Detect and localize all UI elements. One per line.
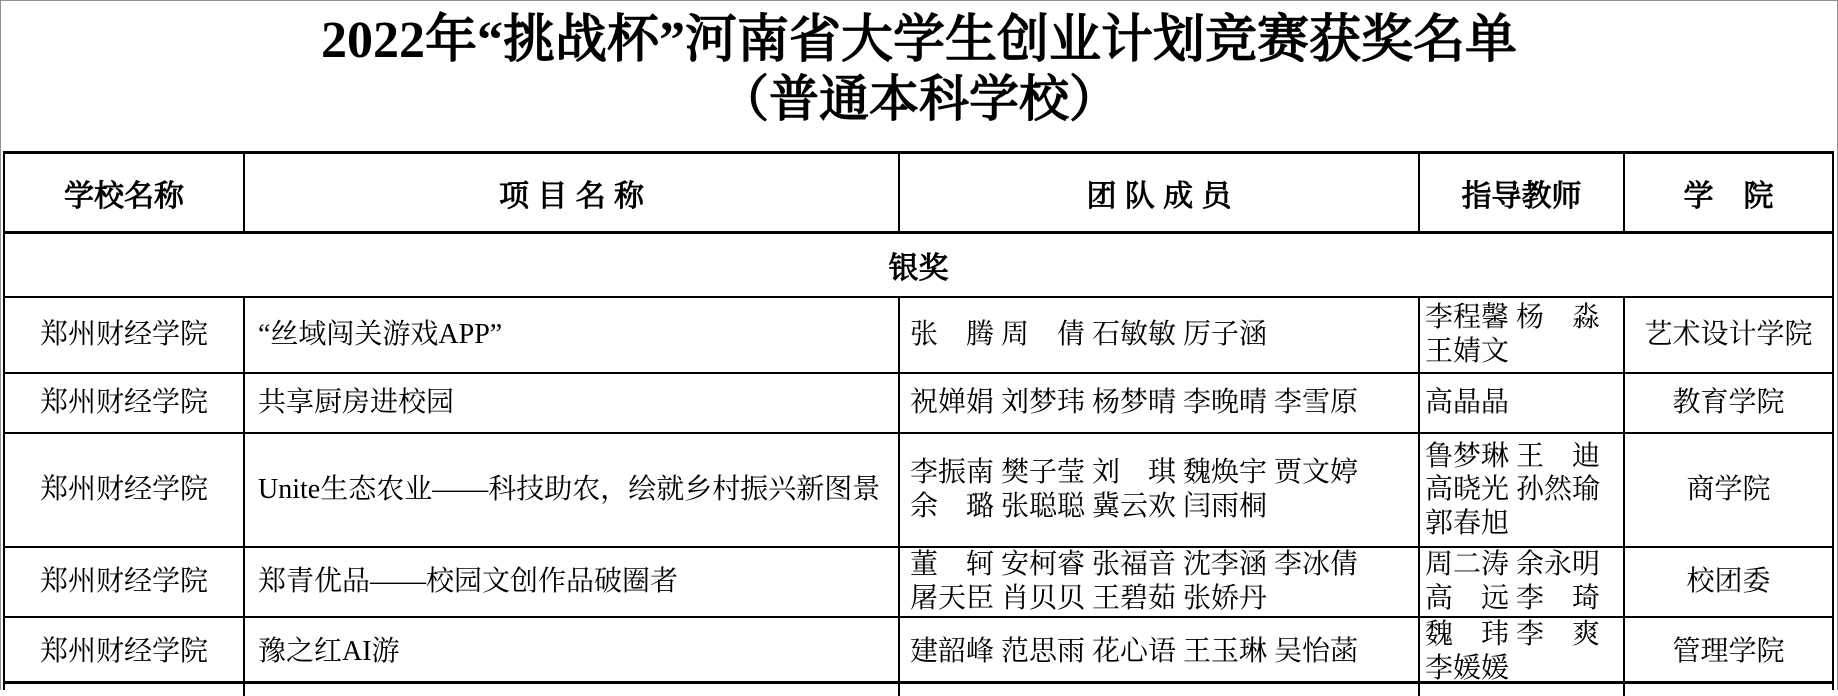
cell-project: 郑青优品——校园文创作品破圈者 bbox=[245, 548, 900, 616]
partial-cell bbox=[1625, 684, 1832, 690]
partial-cell bbox=[245, 684, 900, 690]
table-row: 郑州财经学院 豫之红AI游 建韶峰 范思雨 花心语 王玉琳 吴怡菡 魏 玮 李 … bbox=[5, 618, 1832, 684]
cell-school: 郑州财经学院 bbox=[5, 548, 245, 616]
cell-college: 管理学院 bbox=[1625, 618, 1832, 685]
page-title-line1: 2022年“挑战杯”河南省大学生创业计划竞赛获奖名单 bbox=[1, 9, 1837, 72]
cell-project: 豫之红AI游 bbox=[245, 618, 900, 685]
document-sheet: 2022年“挑战杯”河南省大学生创业计划竞赛获奖名单 （普通本科学校） 学校名称… bbox=[0, 0, 1838, 690]
cell-advisors: 周二涛 余永明 高 远 李 琦 bbox=[1420, 548, 1625, 616]
cell-members: 祝婵娟 刘梦玮 杨梦晴 李晚晴 李雪原 bbox=[900, 374, 1420, 432]
cell-members: 建韶峰 范思雨 花心语 王玉琳 吴怡菡 bbox=[900, 618, 1420, 685]
table-row: 郑州财经学院 郑青优品——校园文创作品破圈者 董 轲 安柯睿 张福音 沈李涵 李… bbox=[5, 548, 1832, 618]
section-label: 银奖 bbox=[889, 243, 949, 287]
cell-school: 郑州财经学院 bbox=[5, 298, 245, 372]
cell-advisors: 李程馨 杨 淼 王婧文 bbox=[1420, 298, 1625, 372]
cell-college: 艺术设计学院 bbox=[1625, 298, 1832, 372]
cell-members: 董 轲 安柯睿 张福音 沈李涵 李冰倩 屠天臣 肖贝贝 王碧茹 张娇丹 bbox=[900, 548, 1420, 616]
cell-project: “丝域闯关游戏APP” bbox=[245, 298, 900, 372]
table-body: 郑州财经学院 “丝域闯关游戏APP” 张 腾 周 倩 石敏敏 厉子涵 李程馨 杨… bbox=[5, 298, 1832, 684]
cell-members: 李振南 樊子莹 刘 琪 魏焕宇 贾文婷 余 璐 张聪聪 冀云欢 闫雨桐 bbox=[900, 434, 1420, 546]
column-header-project: 项 目 名 称 bbox=[245, 154, 900, 231]
cell-college: 商学院 bbox=[1625, 434, 1832, 546]
column-header-members: 团 队 成 员 bbox=[900, 154, 1420, 231]
table-row: 郑州财经学院 共享厨房进校园 祝婵娟 刘梦玮 杨梦晴 李晚晴 李雪原 高晶晶 教… bbox=[5, 374, 1832, 434]
cell-school: 郑州财经学院 bbox=[5, 374, 245, 432]
cell-members: 张 腾 周 倩 石敏敏 厉子涵 bbox=[900, 298, 1420, 372]
column-header-school: 学校名称 bbox=[5, 154, 245, 231]
table-header-row: 学校名称 项 目 名 称 团 队 成 员 指导教师 学 院 bbox=[5, 154, 1832, 234]
award-table: 学校名称 项 目 名 称 团 队 成 员 指导教师 学 院 银奖 郑州财经学院 … bbox=[3, 151, 1834, 690]
cell-project: 共享厨房进校园 bbox=[245, 374, 900, 432]
table-row: 郑州财经学院 Unite生态农业——科技助农，绘就乡村振兴新图景 李振南 樊子莹… bbox=[5, 434, 1832, 548]
column-header-college: 学 院 bbox=[1625, 154, 1832, 231]
page-title: 2022年“挑战杯”河南省大学生创业计划竞赛获奖名单 （普通本科学校） bbox=[1, 1, 1837, 127]
cell-project: Unite生态农业——科技助农，绘就乡村振兴新图景 bbox=[245, 434, 900, 546]
cell-advisors: 魏 玮 李 爽 李媛媛 bbox=[1420, 618, 1625, 685]
section-row-silver-award: 银奖 bbox=[5, 234, 1832, 298]
partial-cell bbox=[900, 684, 1420, 690]
cell-school: 郑州财经学院 bbox=[5, 434, 245, 546]
cell-college: 校团委 bbox=[1625, 548, 1832, 616]
column-header-advisors: 指导教师 bbox=[1420, 154, 1625, 231]
cell-advisors: 鲁梦琳 王 迪 高晓光 孙然瑜 郭春旭 bbox=[1420, 434, 1625, 546]
partial-cell bbox=[5, 684, 245, 690]
partial-cell bbox=[1420, 684, 1625, 690]
page-title-line2: （普通本科学校） bbox=[1, 72, 1837, 127]
partial-next-row bbox=[5, 684, 1832, 690]
table-row: 郑州财经学院 “丝域闯关游戏APP” 张 腾 周 倩 石敏敏 厉子涵 李程馨 杨… bbox=[5, 298, 1832, 374]
cell-advisors: 高晶晶 bbox=[1420, 374, 1625, 432]
cell-college: 教育学院 bbox=[1625, 374, 1832, 432]
cell-school: 郑州财经学院 bbox=[5, 618, 245, 685]
